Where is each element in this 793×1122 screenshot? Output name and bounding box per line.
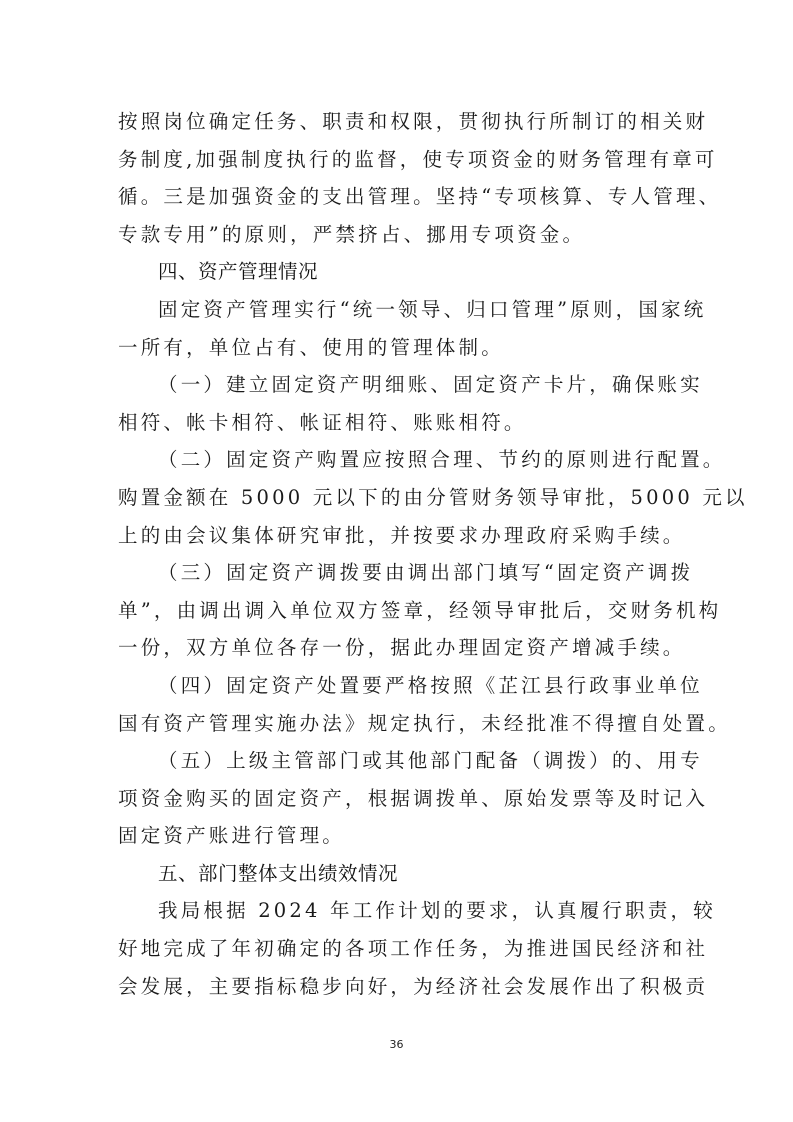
- paragraph-line: 我局根据 2024 年工作计划的要求，认真履行职责，较: [118, 892, 674, 930]
- paragraph-line: 循。三是加强资金的支出管理。坚持“专项核算、专人管理、: [118, 178, 674, 216]
- list-item-5-line: 项资金购买的固定资产，根据调拨单、原始发票等及时记入: [118, 780, 674, 818]
- list-item-1-line: 相符、帐卡相符、帐证相符、账账相符。: [118, 404, 674, 442]
- paragraph-line: 好地完成了年初确定的各项工作任务，为推进国民经济和社: [118, 930, 674, 968]
- list-item-2-line: 购置金额在 5000 元以下的由分管财务领导审批，5000 元以: [118, 479, 674, 517]
- paragraph-line: 按照岗位确定任务、职责和权限，贯彻执行所制订的相关财: [118, 103, 674, 141]
- section-heading-assets: 四、资产管理情况: [118, 253, 674, 291]
- list-item-4-line: 国有资产管理实施办法》规定执行，未经批准不得擅自处置。: [118, 705, 674, 743]
- section-heading-performance: 五、部门整体支出绩效情况: [118, 855, 674, 893]
- paragraph-line: 会发展，主要指标稳步向好，为经济社会发展作出了积极贡: [118, 968, 674, 1006]
- list-item-2-line: 上的由会议集体研究审批，并按要求办理政府采购手续。: [118, 517, 674, 555]
- document-page: 按照岗位确定任务、职责和权限，贯彻执行所制订的相关财 务制度,加强制度执行的监督…: [118, 103, 674, 1005]
- paragraph-line: 务制度,加强制度执行的监督，使专项资金的财务管理有章可: [118, 141, 674, 179]
- list-item-3-line: 一份，双方单位各存一份，据此办理固定资产增减手续。: [118, 629, 674, 667]
- paragraph-line: 一所有，单位占有、使用的管理体制。: [118, 329, 674, 367]
- list-item-4-line: （四）固定资产处置要严格按照《芷江县行政事业单位: [118, 667, 674, 705]
- paragraph-line: 专款专用”的原则，严禁挤占、挪用专项资金。: [118, 216, 674, 254]
- list-item-3-line: （三）固定资产调拨要由调出部门填写“固定资产调拨: [118, 554, 674, 592]
- list-item-5-line: 固定资产账进行管理。: [118, 817, 674, 855]
- list-item-3-line: 单”，由调出调入单位双方签章，经领导审批后，交财务机构: [118, 592, 674, 630]
- list-item-5-line: （五）上级主管部门或其他部门配备（调拨）的、用专: [118, 742, 674, 780]
- page-number: 36: [0, 1038, 793, 1051]
- list-item-2-line: （二）固定资产购置应按照合理、节约的原则进行配置。: [118, 441, 674, 479]
- list-item-1-line: （一）建立固定资产明细账、固定资产卡片，确保账实: [118, 366, 674, 404]
- paragraph-line: 固定资产管理实行“统一领导、归口管理”原则，国家统: [118, 291, 674, 329]
